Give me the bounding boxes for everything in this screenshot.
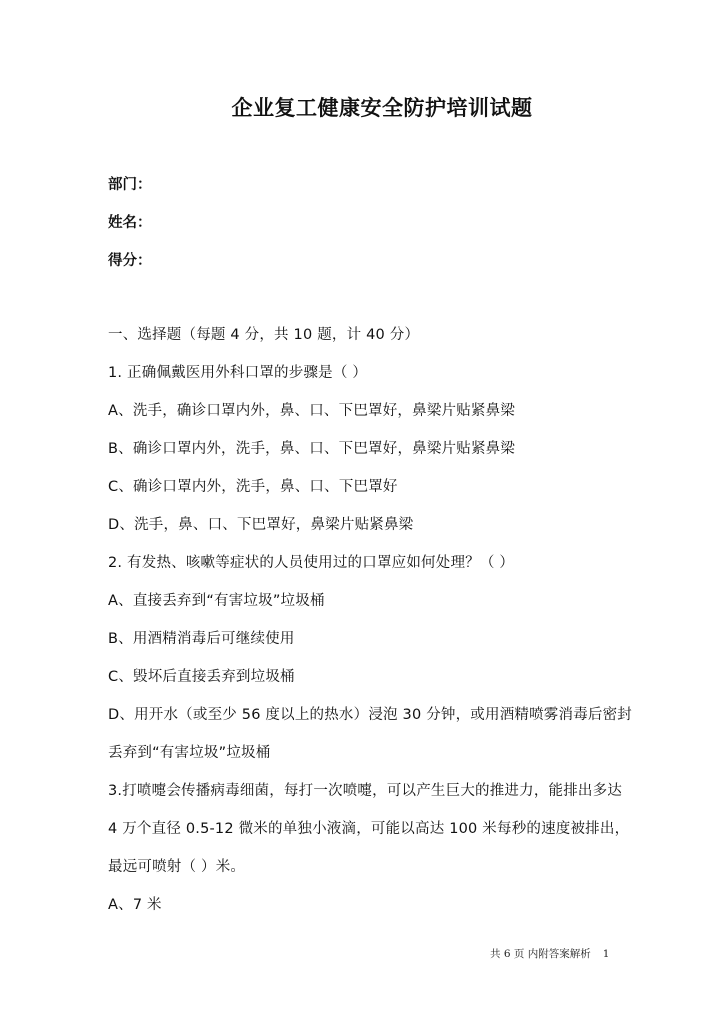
question-1-option-d: D、洗手，鼻、口、下巴罩好，鼻梁片贴紧鼻梁 <box>108 513 413 534</box>
name-field-label: 姓名： <box>108 211 152 232</box>
document-page: 企业复工健康安全防护培训试题 部门： 姓名： 得分： 一、选择题（每题 4 分，… <box>0 0 720 1020</box>
score-field-label: 得分： <box>108 249 152 270</box>
question-2-option-d-continued: 丢弃到“有害垃圾”垃圾桶 <box>108 741 270 762</box>
question-3-line-2: 4 万个直径 0.5-12 微米的单独小液滴，可能以高达 100 米每秒的速度被… <box>108 817 629 838</box>
question-2-option-b: B、用酒精消毒后可继续使用 <box>108 627 295 648</box>
page-number: 1 <box>603 948 610 960</box>
section-heading: 一、选择题（每题 4 分，共 10 题，计 40 分） <box>108 323 419 344</box>
question-2-option-c: C、毁坏后直接丢弃到垃圾桶 <box>108 665 295 686</box>
department-field-label: 部门： <box>108 173 152 194</box>
question-1-option-c: C、确诊口罩内外，洗手，鼻、口、下巴罩好 <box>108 475 398 496</box>
question-1-option-a: A、洗手，确诊口罩内外，鼻、口、下巴罩好，鼻梁片贴紧鼻梁 <box>108 399 515 420</box>
question-2-option-a: A、直接丢弃到“有害垃圾”垃圾桶 <box>108 589 325 610</box>
page-footer: 共 6 页 内附答案解析1 <box>490 946 609 961</box>
question-3-line-3: 最远可喷射（ ）米。 <box>108 855 245 876</box>
question-2: 2. 有发热、咳嗽等症状的人员使用过的口罩应如何处理？（ ） <box>108 551 514 572</box>
question-2-option-d: D、用开水（或至少 56 度以上的热水）浸泡 30 分钟，或用酒精喷雾消毒后密封 <box>108 703 632 724</box>
question-3-line-1: 3.打喷嚏会传播病毒细菌，每打一次喷嚏，可以产生巨大的推进力，能排出多达 <box>108 779 622 800</box>
question-3-option-a: A、7 米 <box>108 893 162 914</box>
document-title: 企业复工健康安全防护培训试题 <box>0 92 720 122</box>
question-1: 1. 正确佩戴医用外科口罩的步骤是（ ） <box>108 361 367 382</box>
footer-text: 共 6 页 内附答案解析 <box>490 948 591 960</box>
question-1-option-b: B、确诊口罩内外，洗手，鼻、口、下巴罩好，鼻梁片贴紧鼻梁 <box>108 437 515 458</box>
